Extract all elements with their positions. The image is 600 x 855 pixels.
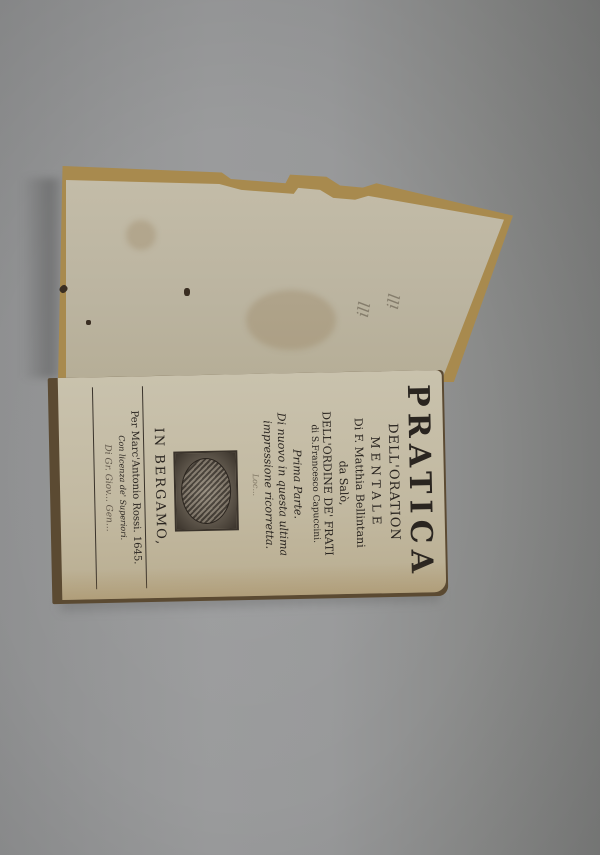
ownership-inscription: Di Gr. Giov... Gen...: [101, 377, 116, 599]
divider-rule: [142, 386, 147, 588]
paper-stain: [126, 220, 156, 250]
volume-part: Prima Parte.: [289, 373, 307, 595]
woodcut-illustration: [173, 450, 239, 531]
divider-rule: [92, 387, 97, 589]
author-place: da Salò,: [335, 372, 353, 594]
license-note: Con licenza de' Superiori.: [116, 377, 130, 599]
title-page-content: PRATICA DELL'ORATION MENTALE Di F. Matth…: [66, 370, 446, 600]
book-author: Di F. Matthia Bellintani: [351, 372, 369, 594]
imprint-city: IN BERGAMO,: [150, 376, 170, 598]
title-page: PRATICA DELL'ORATION MENTALE Di F. Matth…: [58, 370, 447, 600]
paper-stain: [246, 290, 336, 350]
ink-spot: [86, 320, 91, 325]
flyleaf-page: ill ill: [66, 180, 504, 378]
book-title: PRATICA: [400, 370, 440, 593]
handwriting-scribble: ill: [353, 300, 374, 318]
ink-spot: [184, 288, 190, 296]
book-shadow: [22, 178, 62, 378]
printer-imprint: Per Marc'Antonio Rossi. 1645.: [128, 376, 144, 598]
book-subtitle-2: MENTALE: [367, 371, 386, 593]
handwriting-scribble: ill: [383, 292, 404, 310]
